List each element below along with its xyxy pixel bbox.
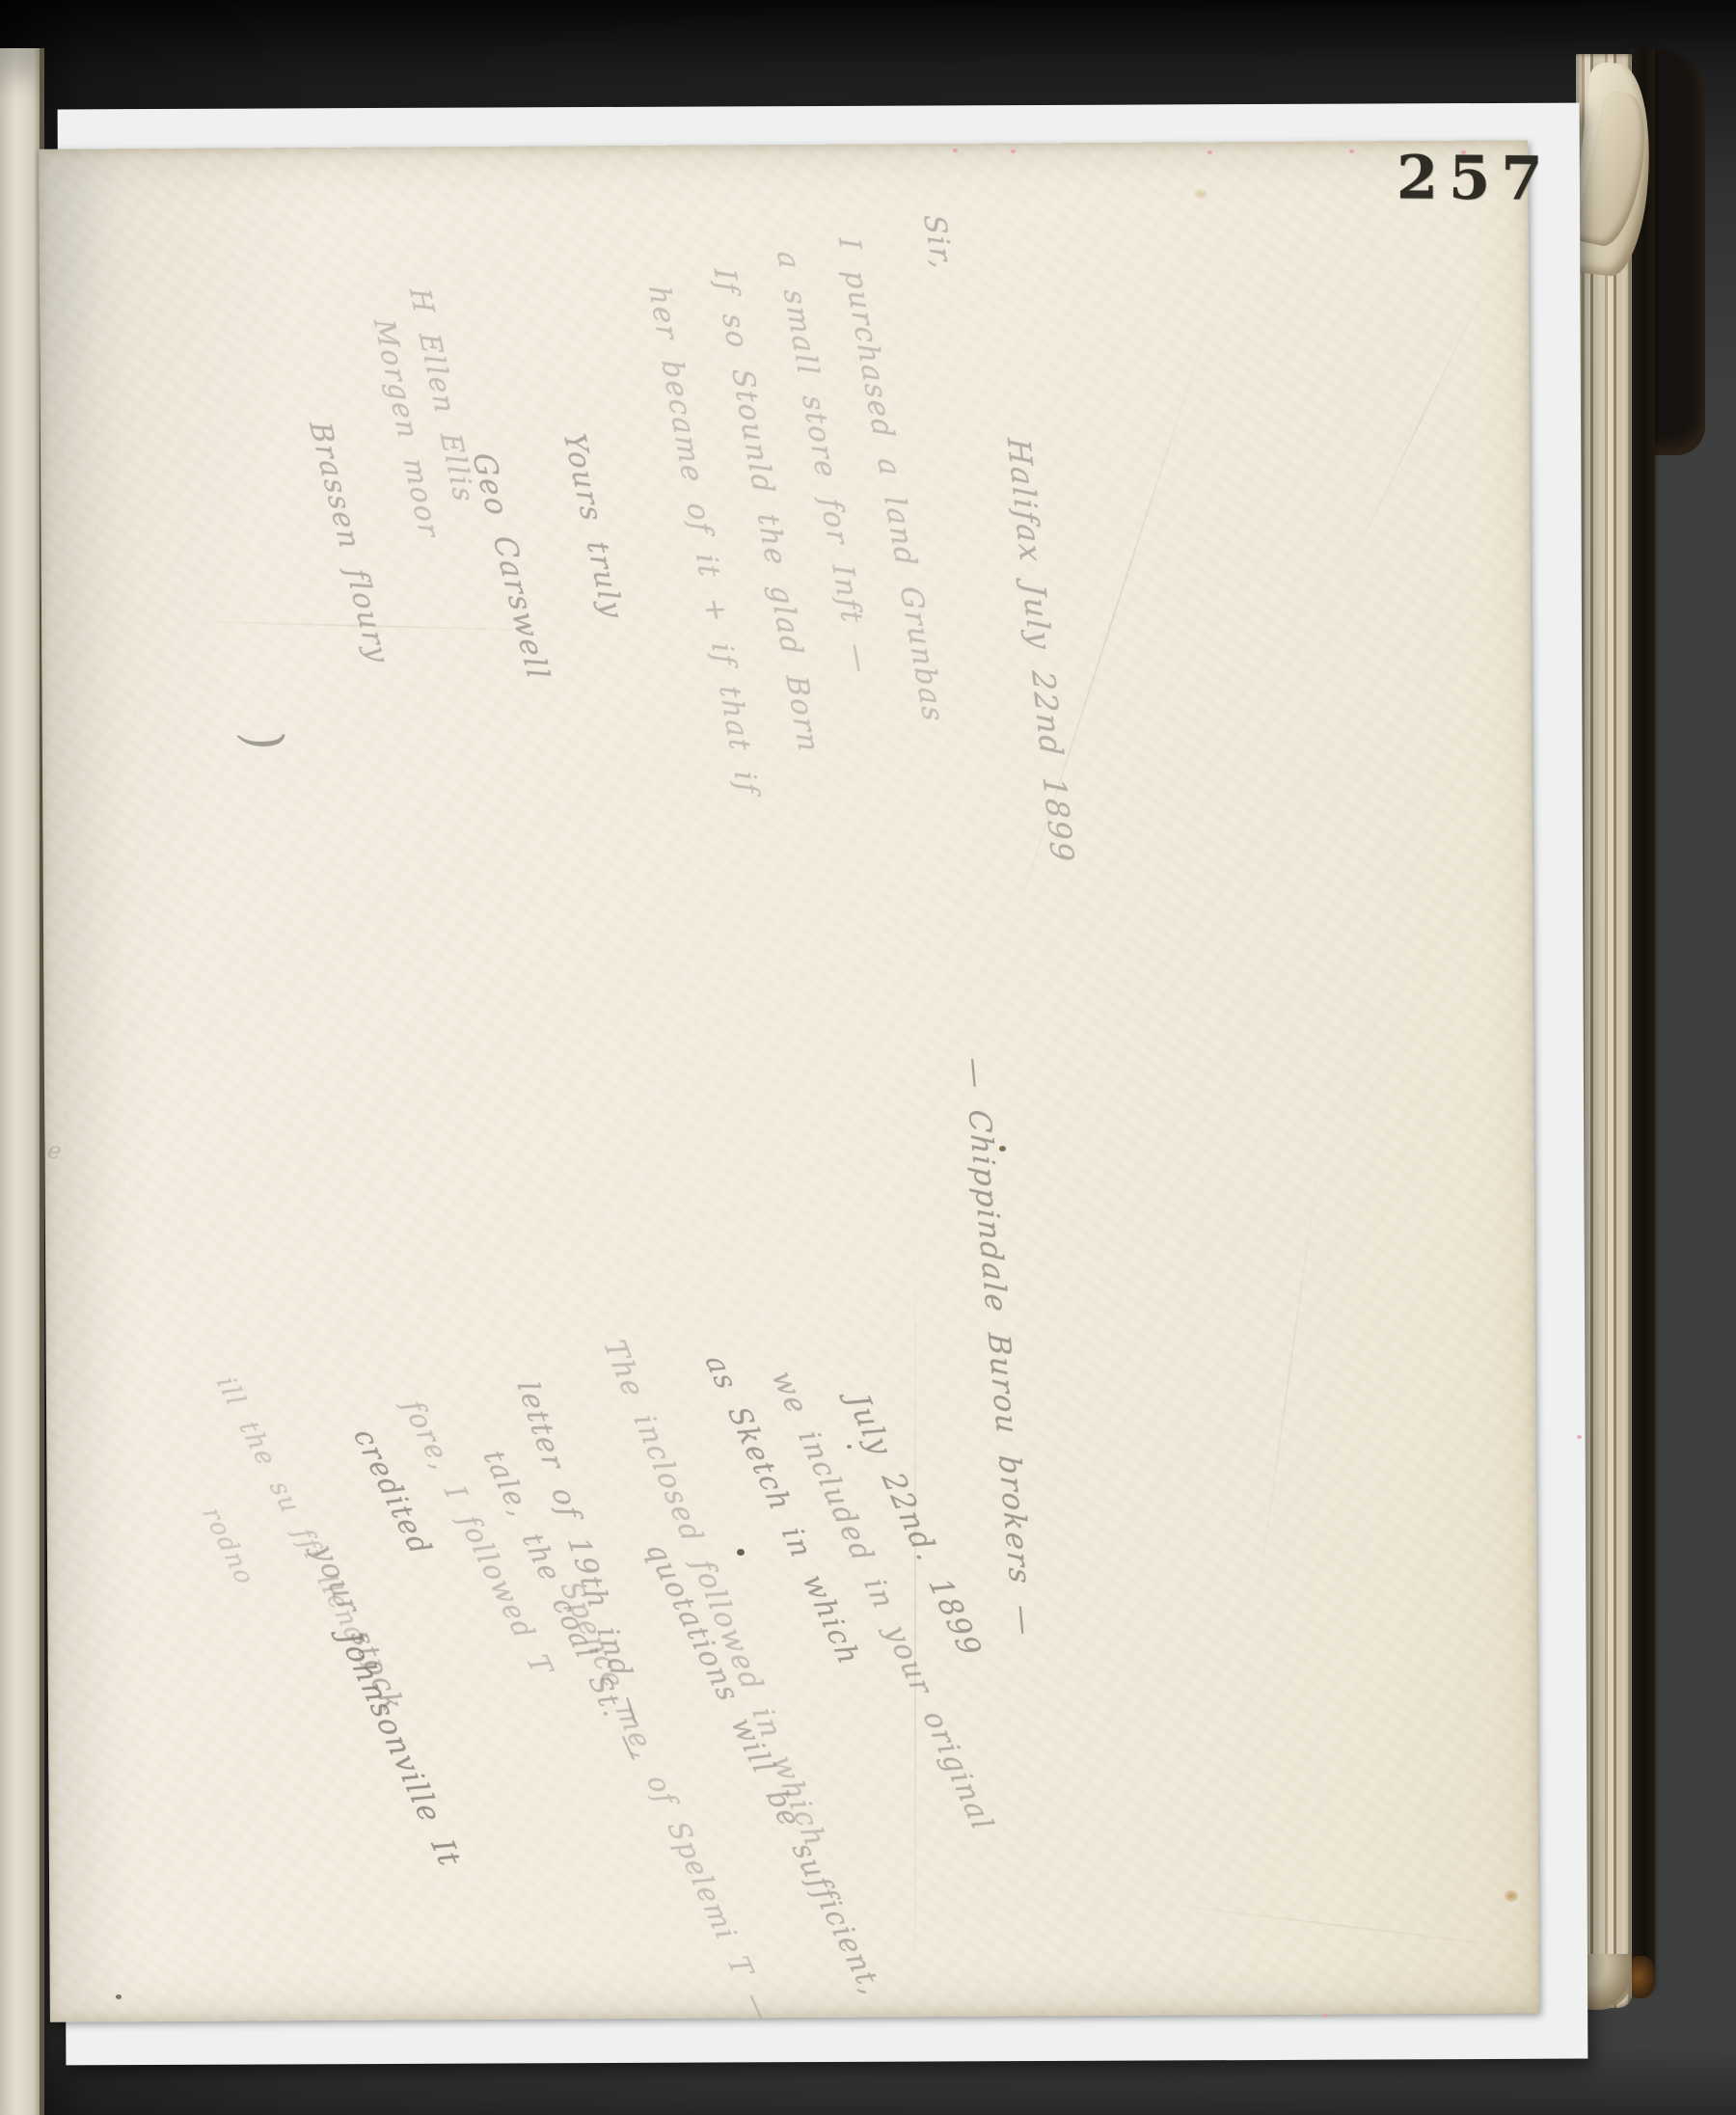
gutter-leaf-edge xyxy=(0,48,44,2115)
pink-speck xyxy=(1577,1435,1582,1439)
stain xyxy=(1194,189,1207,199)
pink-speck xyxy=(1011,149,1016,153)
pink-speck xyxy=(1349,149,1354,153)
stain xyxy=(847,1445,852,1449)
page-number-stamp: 257 xyxy=(1397,142,1554,213)
pink-speck xyxy=(1323,2014,1328,2018)
book-cover-edge xyxy=(1630,48,1655,1991)
stain xyxy=(999,1146,1006,1152)
pink-speck xyxy=(1207,150,1212,154)
book-scan: 257 Sir, Halifax July 22nd 1899 — Chippi… xyxy=(0,0,1736,2115)
crease xyxy=(914,1244,916,2006)
stain xyxy=(116,1994,122,1999)
stain xyxy=(737,1549,745,1556)
pink-speck xyxy=(953,149,958,152)
stain xyxy=(1505,1890,1518,1902)
